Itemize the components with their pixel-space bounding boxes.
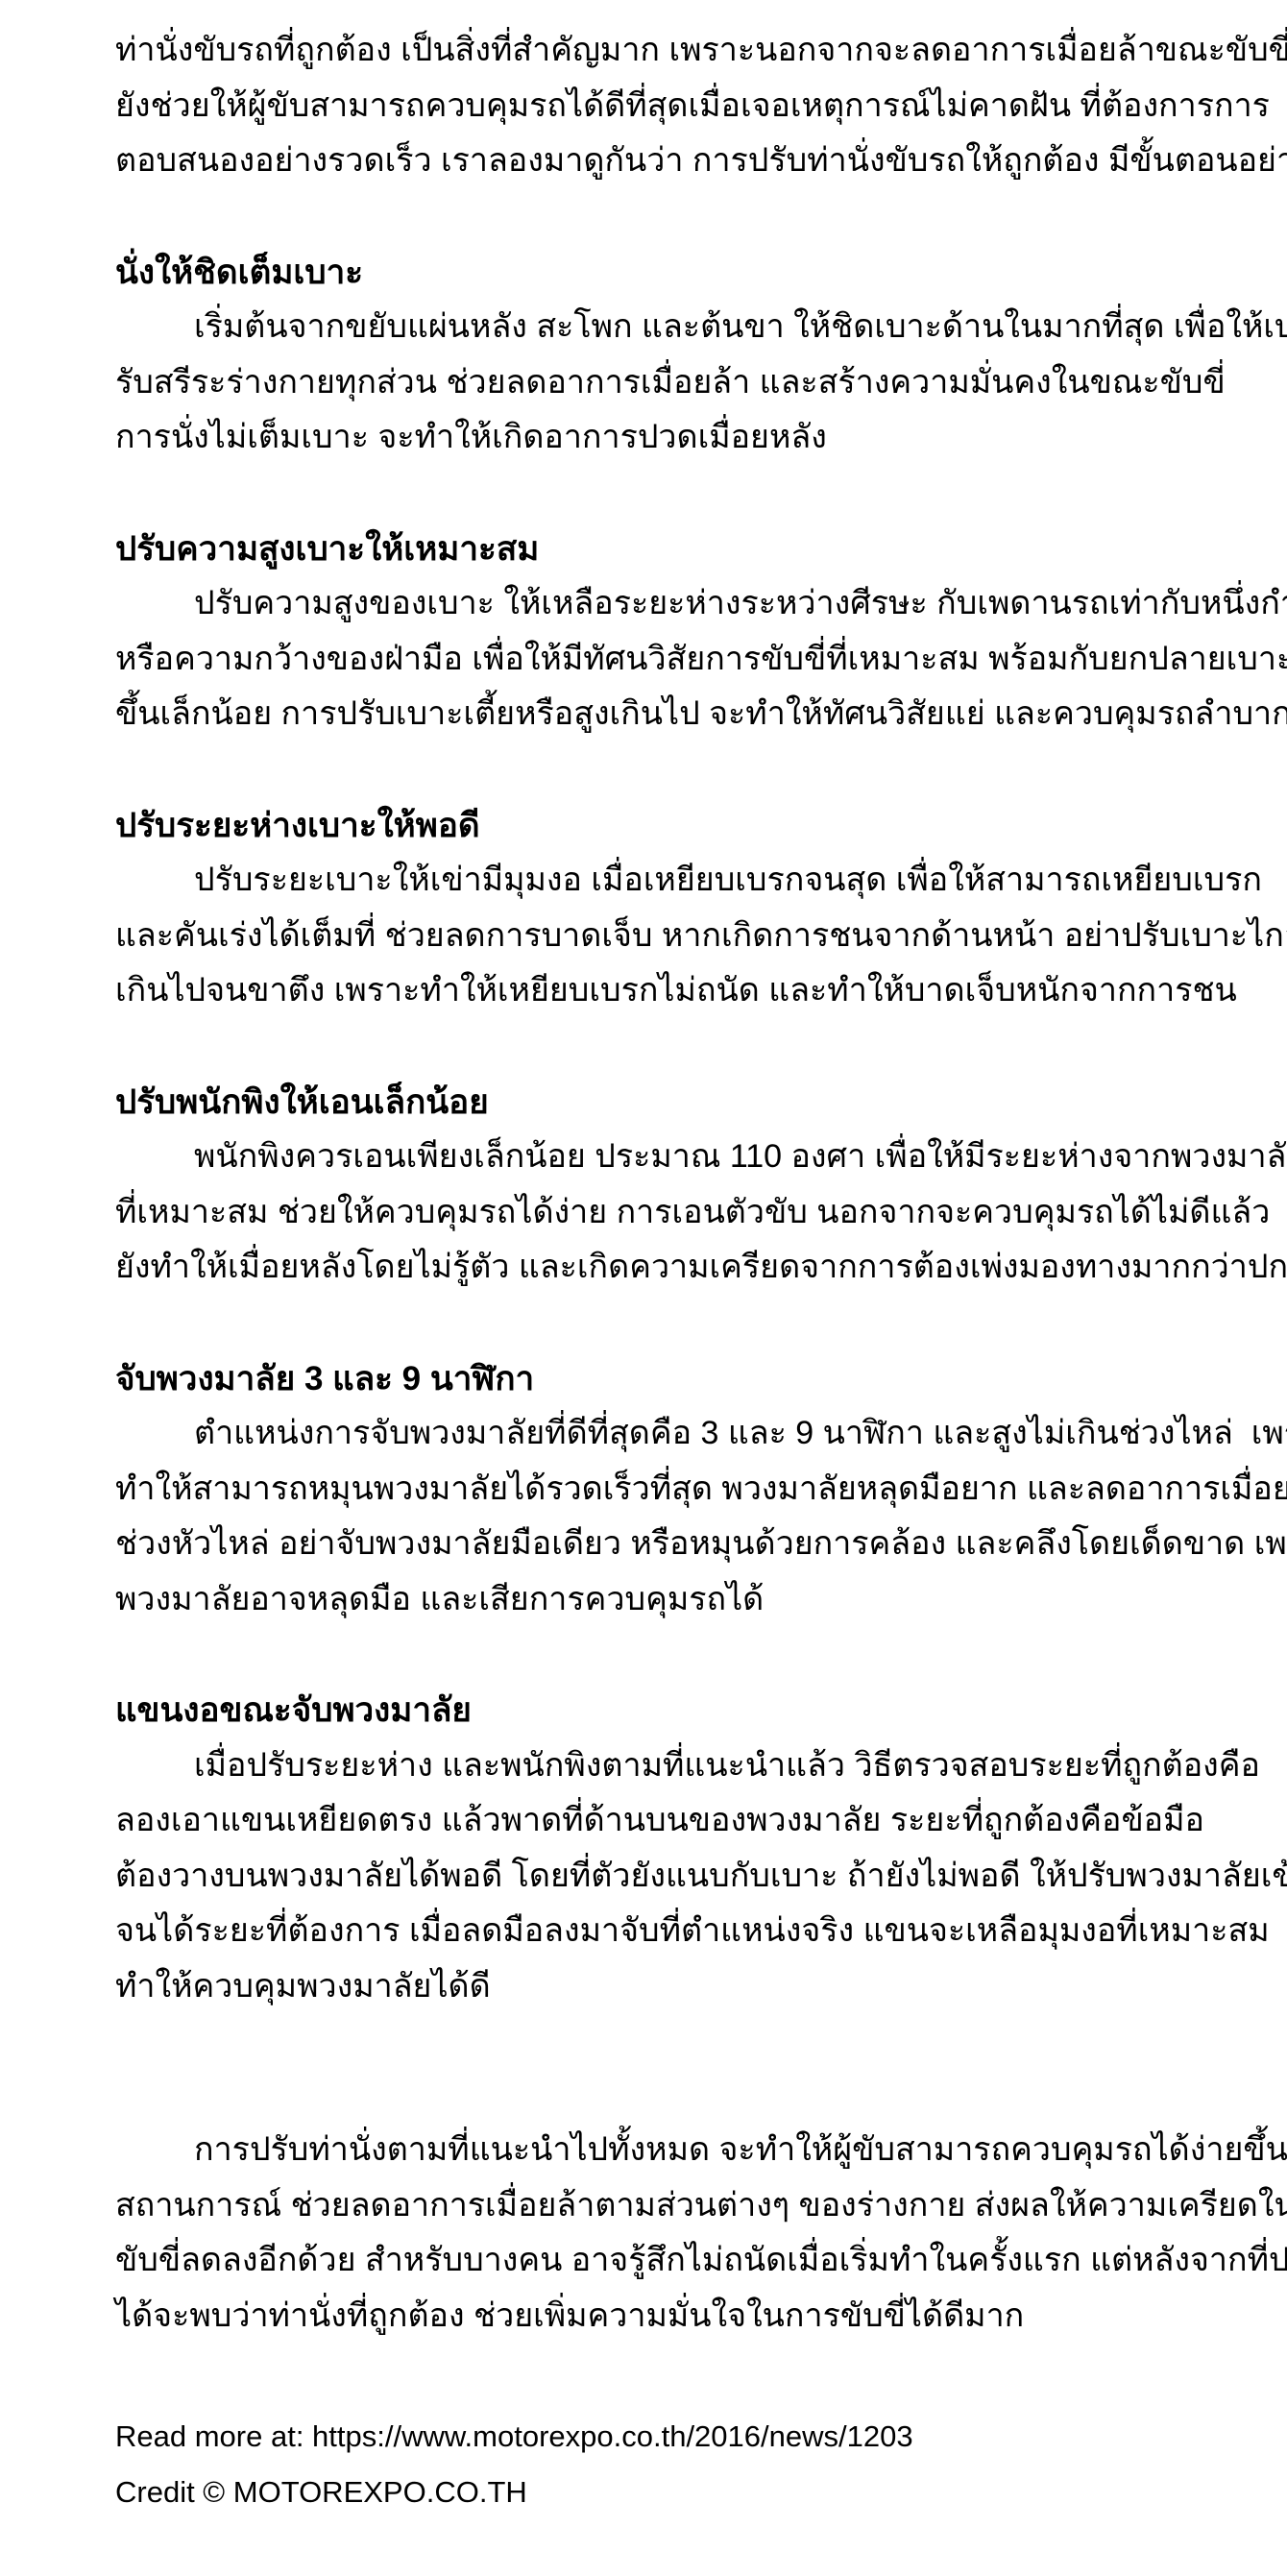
body-line: ยังทำให้เมื่อยหลังโดยไม่รู้ตัว และเกิดคว… bbox=[115, 1240, 1191, 1296]
body-line: การนั่งไม่เต็มเบาะ จะทำให้เกิดอาการปวดเม… bbox=[115, 410, 1191, 466]
body-line: ปรับความสูงของเบาะ ให้เหลือระยะห่างระหว่… bbox=[115, 576, 1191, 632]
body-line: ขึ้นเล็กน้อย การปรับเบาะเตี้ยหรือสูงเกิน… bbox=[115, 687, 1191, 742]
section-body-seat-distance: ปรับระยะเบาะให้เข่ามีมุมงอ เมื่อเหยียบเบ… bbox=[115, 853, 1191, 1019]
article-page: ท่านั่งขับรถที่ถูกต้อง เป็นสิ่งที่สำคัญม… bbox=[0, 0, 1287, 2576]
body-line: เมื่อปรับระยะห่าง และพนักพิงตามที่แนะนำแ… bbox=[115, 1738, 1191, 1794]
body-line: และคันเร่งได้เต็มที่ ช่วยลดการบาดเจ็บ หา… bbox=[115, 909, 1191, 964]
body-line: การปรับท่านั่งตามที่แนะนำไปทั้งหมด จะทำใ… bbox=[115, 2123, 1191, 2178]
intro-line: ท่านั่งขับรถที่ถูกต้อง เป็นสิ่งที่สำคัญม… bbox=[115, 23, 1191, 79]
section-body-sit-full-seat: เริ่มต้นจากขยับแผ่นหลัง สะโพก และต้นขา ใ… bbox=[115, 300, 1191, 466]
body-line: พวงมาลัยอาจหลุดมือ และเสียการควบคุมรถได้ bbox=[115, 1572, 1191, 1628]
section-heading-sit-full-seat: นั่งให้ชิดเต็มเบาะ bbox=[115, 245, 1191, 301]
section-heading-seat-height: ปรับความสูงเบาะให้เหมาะสม bbox=[115, 522, 1191, 577]
section-heading-bent-arms: แขนงอขณะจับพวงมาลัย bbox=[115, 1683, 1191, 1738]
intro-line: ยังช่วยให้ผู้ขับสามารถควบคุมรถได้ดีที่สุ… bbox=[115, 79, 1191, 134]
body-line: ทำให้ควบคุมพวงมาลัยได้ดี bbox=[115, 1959, 1191, 2015]
section-body-seat-height: ปรับความสูงของเบาะ ให้เหลือระยะห่างระหว่… bbox=[115, 576, 1191, 742]
intro-line: ตอบสนองอย่างรวดเร็ว เราลองมาดูกันว่า การ… bbox=[115, 134, 1191, 189]
body-line: ที่เหมาะสม ช่วยให้ควบคุมรถได้ง่าย การเอน… bbox=[115, 1185, 1191, 1241]
body-line: พนักพิงควรเอนเพียงเล็กน้อย ประมาณ 110 อง… bbox=[115, 1130, 1191, 1185]
read-more-line: Read more at: https://www.motorexpo.co.t… bbox=[115, 2409, 1191, 2465]
body-line: หรือความกว้างของฝ่ามือ เพื่อให้มีทัศนวิส… bbox=[115, 632, 1191, 688]
section-heading-backrest-recline: ปรับพนักพิงให้เอนเล็กน้อย bbox=[115, 1075, 1191, 1130]
section-body-bent-arms: เมื่อปรับระยะห่าง และพนักพิงตามที่แนะนำแ… bbox=[115, 1738, 1191, 2015]
section-heading-seat-distance: ปรับระยะห่างเบาะให้พอดี bbox=[115, 798, 1191, 854]
section-body-backrest-recline: พนักพิงควรเอนเพียงเล็กน้อย ประมาณ 110 อง… bbox=[115, 1130, 1191, 1296]
body-line: จนได้ระยะที่ต้องการ เมื่อลดมือลงมาจับที่… bbox=[115, 1904, 1191, 1959]
body-line: ทำให้สามารถหมุนพวงมาลัยได้รวดเร็วที่สุด … bbox=[115, 1462, 1191, 1518]
read-more-label: Read more at: bbox=[115, 2419, 312, 2453]
section-body-steering-grip: ตำแหน่งการจับพวงมาลัยที่ดีที่สุดคือ 3 แล… bbox=[115, 1406, 1191, 1627]
body-line: เกินไปจนขาตึง เพราะทำให้เหยียบเบรกไม่ถนั… bbox=[115, 963, 1191, 1019]
body-line: ต้องวางบนพวงมาลัยได้พอดี โดยที่ตัวยังแนบ… bbox=[115, 1849, 1191, 1905]
body-line: ปรับระยะเบาะให้เข่ามีมุมงอ เมื่อเหยียบเบ… bbox=[115, 853, 1191, 909]
body-line: ขับขี่ลดลงอีกด้วย สำหรับบางคน อาจรู้สึกไ… bbox=[115, 2233, 1191, 2289]
article-url[interactable]: https://www.motorexpo.co.th/2016/news/12… bbox=[312, 2419, 913, 2453]
body-line: ได้จะพบว่าท่านั่งที่ถูกต้อง ช่วยเพิ่มควา… bbox=[115, 2289, 1191, 2345]
intro-paragraph: ท่านั่งขับรถที่ถูกต้อง เป็นสิ่งที่สำคัญม… bbox=[115, 23, 1191, 189]
closing-paragraph: การปรับท่านั่งตามที่แนะนำไปทั้งหมด จะทำใ… bbox=[115, 2123, 1191, 2344]
body-line: ช่วงหัวไหล่ อย่าจับพวงมาลัยมือเดียว หรือ… bbox=[115, 1517, 1191, 1572]
body-line: รับสรีระร่างกายทุกส่วน ช่วยลดอาการเมื่อย… bbox=[115, 355, 1191, 411]
section-heading-steering-grip: จับพวงมาลัย 3 และ 9 นาฬิกา bbox=[115, 1351, 1191, 1407]
body-line: เริ่มต้นจากขยับแผ่นหลัง สะโพก และต้นขา ใ… bbox=[115, 300, 1191, 355]
body-line: สถานการณ์ ช่วยลดอาการเมื่อยล้าตามส่วนต่า… bbox=[115, 2178, 1191, 2234]
body-line: ตำแหน่งการจับพวงมาลัยที่ดีที่สุดคือ 3 แล… bbox=[115, 1406, 1191, 1462]
body-line: ลองเอาแขนเหยียดตรง แล้วพาดที่ด้านบนของพว… bbox=[115, 1793, 1191, 1849]
credit-line: Credit © MOTOREXPO.CO.TH bbox=[115, 2465, 1191, 2520]
